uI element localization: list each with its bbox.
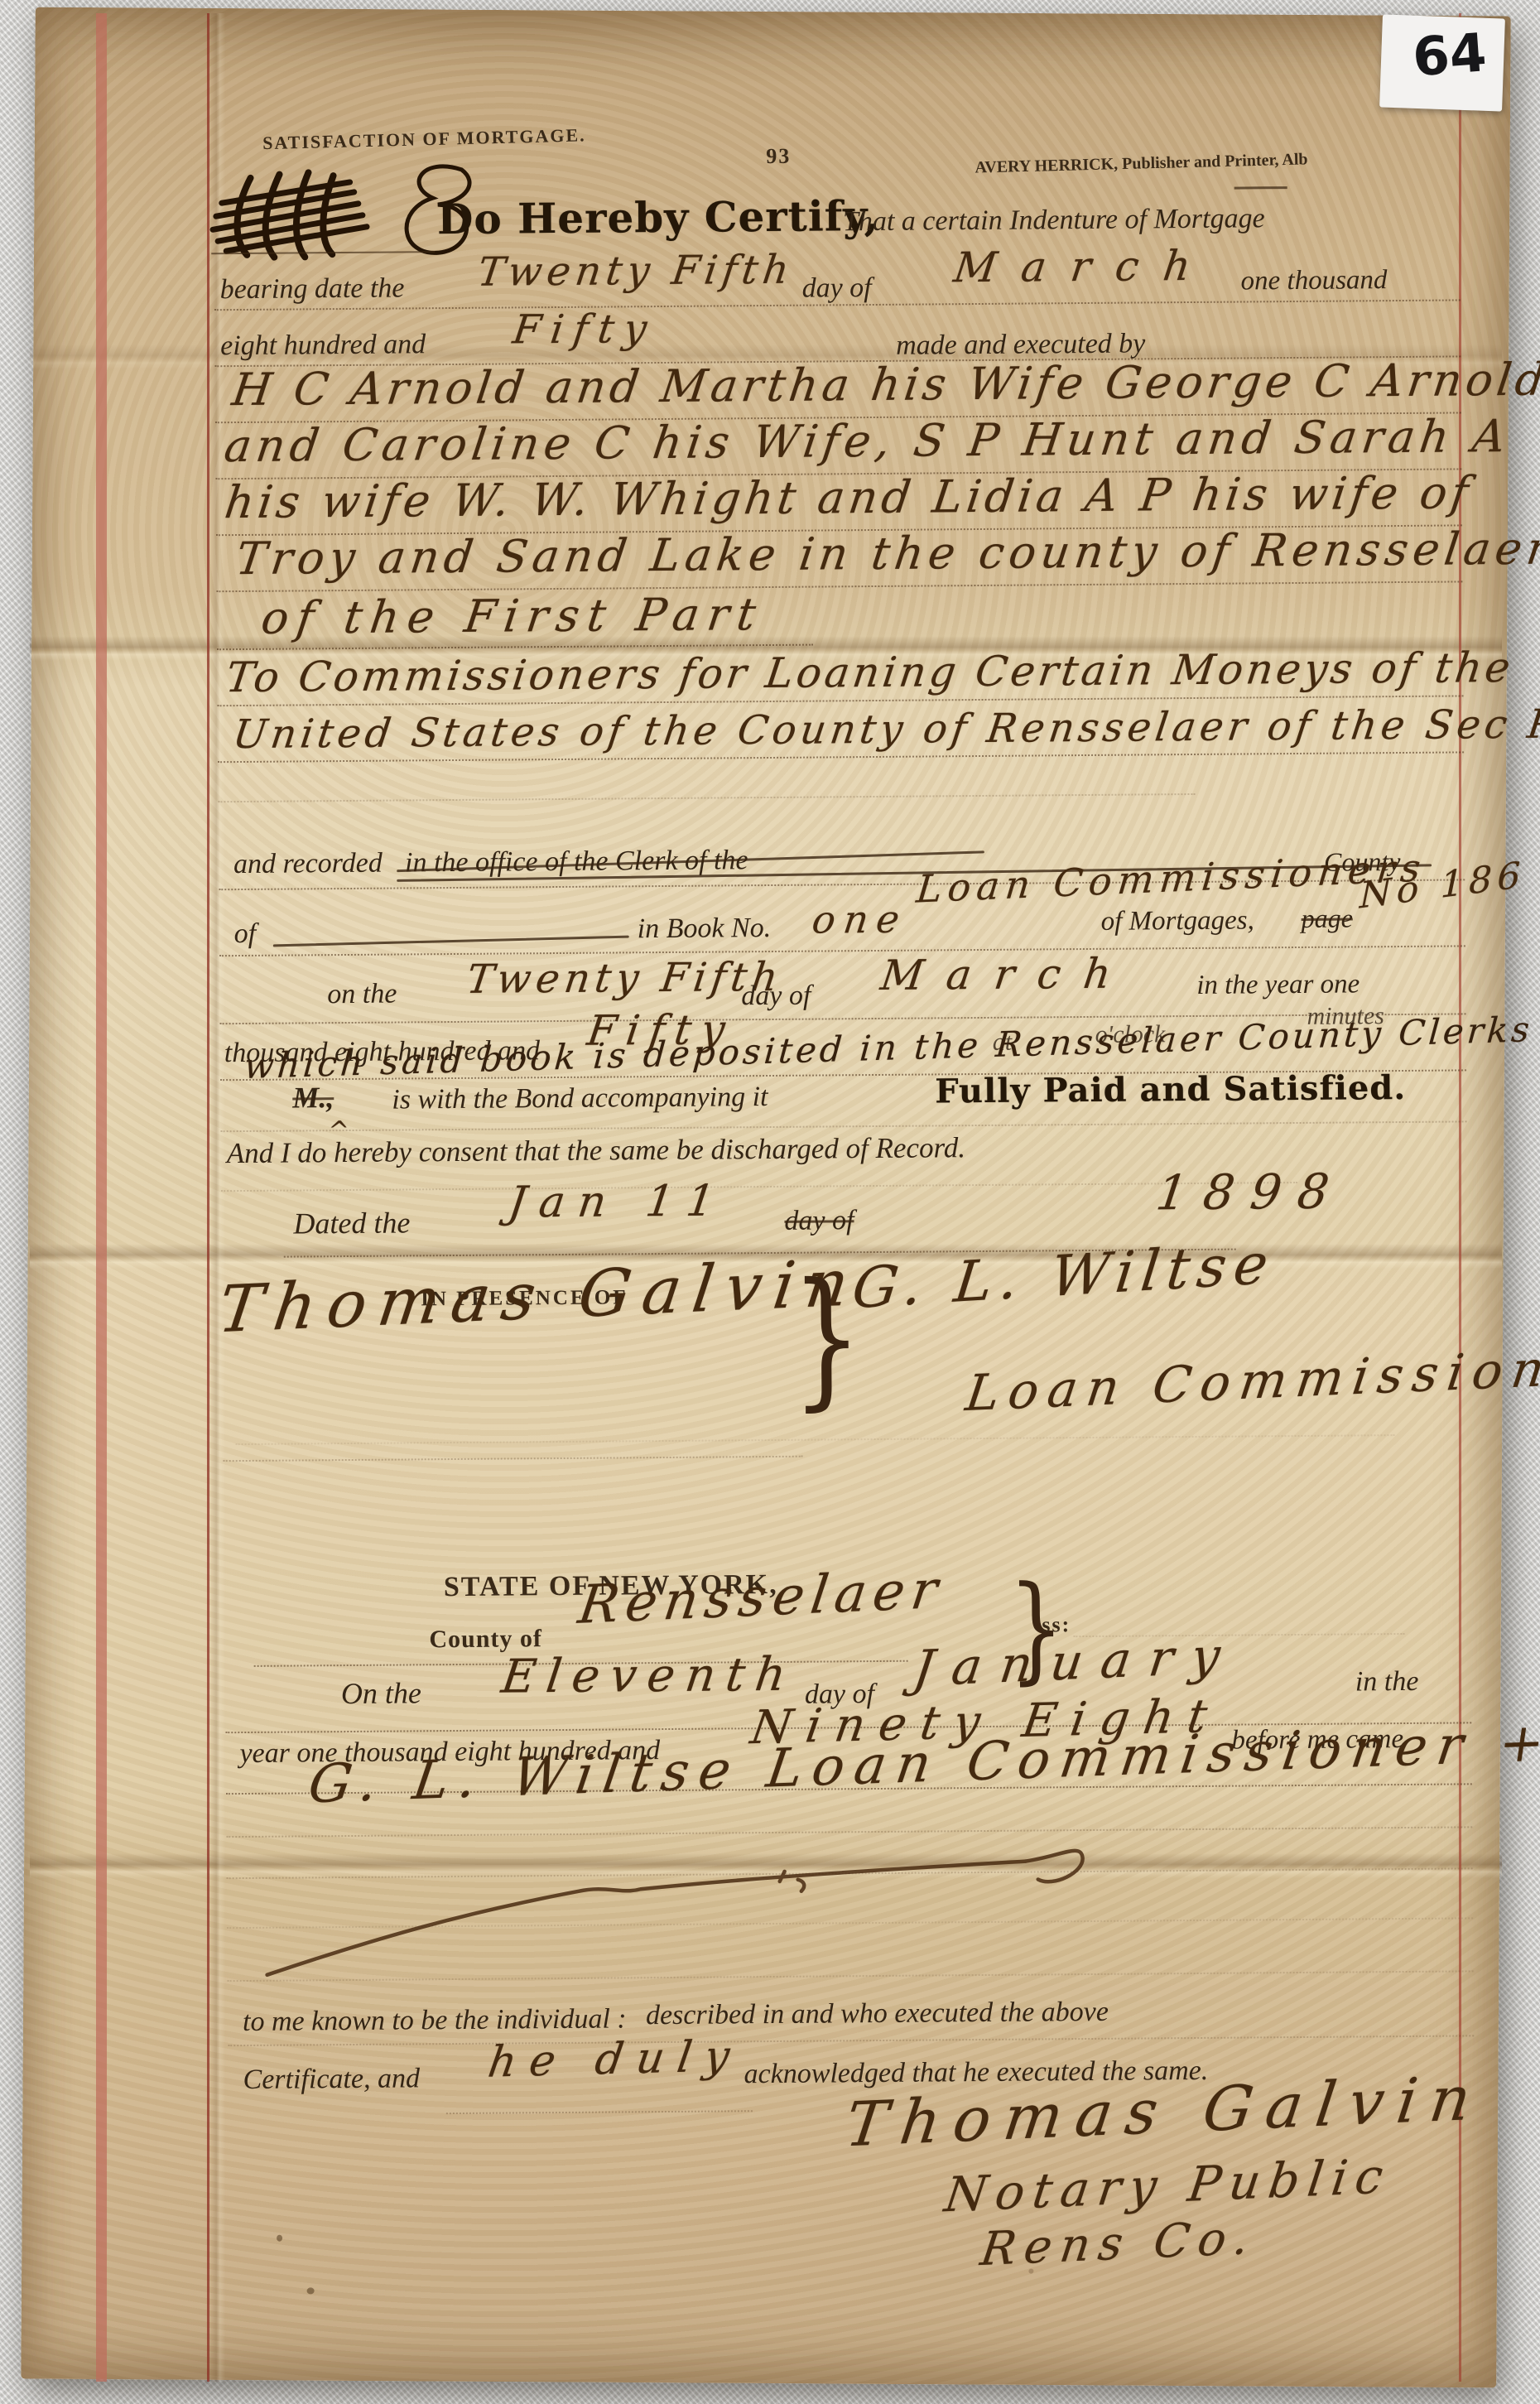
dated-day-of-struck: day of [784, 1205, 854, 1237]
hundred-year-handwritten: Fifty [510, 306, 659, 353]
ruled-line [221, 1182, 1297, 1192]
stray-ink-flourish [251, 1843, 1113, 1982]
page-struck: page [1301, 903, 1352, 933]
publisher-imprint: AVERY HERRICK, Publisher and Printer, Al… [975, 150, 1308, 177]
parties-line-4: Troy and Sand Lake in the county of Rens… [233, 523, 1540, 585]
second-party-line-2: United States of the County of Rensselae… [230, 701, 1540, 758]
ack-in-the: in the [1355, 1666, 1419, 1698]
ruled-line [218, 793, 1195, 802]
ruled-line [221, 1120, 1467, 1132]
parties-line-5: of the First Part [258, 588, 767, 644]
witness-signature: Thomas Galvin [214, 1245, 865, 1347]
page-number: 93 [766, 144, 791, 169]
he-duly-handwritten: he duly [485, 2031, 746, 2088]
ink-spot [307, 2287, 315, 2294]
dated-pre: Dated the [293, 1205, 410, 1241]
bearing-mid: day of [801, 272, 871, 305]
photo-of-document: SATISFACTION OF MORTGAGE. 93 AVERY HERRI… [0, 0, 1540, 2404]
inventory-sticker: 64 [1379, 14, 1505, 111]
pen-line-blank [273, 936, 629, 947]
bearing-pre: bearing date the [219, 272, 404, 306]
dated-year-handwritten: 1898 [1153, 1163, 1349, 1221]
second-party-line-1: To Commissioners for Loaning Certain Mon… [224, 643, 1517, 701]
rec-year-pre: in the year one [1196, 969, 1360, 1001]
meridiem-struck: M., [292, 1080, 334, 1115]
publisher-underline [1234, 186, 1287, 190]
dated-value-handwritten: Jan 11 [506, 1176, 731, 1227]
ruled-line [446, 2110, 753, 2114]
notary-county: Rens Co. [977, 2211, 1260, 2276]
known-line-1: to me known to be the individual : [243, 2003, 627, 2038]
certify-heading-rest: That a certain Indenture of Mortgage [843, 203, 1265, 238]
rec-day-handwritten: Twenty Fifth [464, 954, 785, 1003]
sticker-number: 64 [1411, 22, 1489, 89]
ruled-line [219, 945, 1465, 956]
faint-ruled-line [236, 1434, 1395, 1445]
ink-spot [277, 2235, 282, 2242]
certificate-pre: Certificate, and [243, 2063, 420, 2096]
commissioner-title: Loan Commissioner [962, 1337, 1540, 1423]
book-no-handwritten: one [810, 897, 911, 942]
document-content: SATISFACTION OF MORTGAGE. 93 AVERY HERRI… [0, 0, 1540, 2404]
bearing-month-handwritten: March [951, 242, 1219, 292]
bearing-day-handwritten: Twenty Fifth [475, 247, 796, 296]
notary-title: Notary Public [941, 2147, 1394, 2223]
consent-text: And I do hereby consent that the same be… [227, 1131, 966, 1170]
bearing-post: one thousand [1240, 265, 1387, 296]
rec-day-of: day of [741, 980, 811, 1013]
recorded-pre: and recorded [233, 848, 383, 880]
form-title: SATISFACTION OF MORTGAGE. [262, 124, 586, 154]
ink-spot [1028, 2269, 1033, 2274]
rec-on-the: on the [327, 979, 397, 1011]
paid-satisfied-gothic: Fully Paid and Satisfied. [935, 1068, 1406, 1110]
of-label: of [234, 918, 257, 950]
book-pre: in Book No. [638, 913, 772, 945]
ruled-line [228, 2035, 1474, 2046]
signature-brace: } [791, 1251, 864, 1425]
parties-line-2: and Caroline C his Wife, S P Hunt and Sa… [221, 410, 1514, 472]
ruled-line [226, 1826, 1472, 1838]
recorded-insert-handwritten: Loan Commissioners [915, 845, 1429, 911]
ack-month-handwritten: January [910, 1626, 1242, 1698]
hundred-pre: eight hundred and [220, 329, 426, 362]
commissioner-signature: G. L. Wiltse [849, 1231, 1278, 1322]
ack-on-the: On the [341, 1675, 421, 1711]
ack-day-handwritten: Eleventh [498, 1648, 800, 1704]
known-line-2: described in and who executed the above [646, 1997, 1109, 2031]
bond-text: is with the Bond accompanying it [392, 1082, 768, 1116]
parties-line-3: his wife W. W. Whight and Lidia A P his … [222, 466, 1475, 528]
rec-month-handwritten: March [878, 950, 1137, 1000]
parties-line-1: H C Arnold and Martha his Wife George C … [229, 354, 1540, 417]
book-mid: of Mortgages, [1100, 905, 1254, 937]
ruled-line [224, 1456, 803, 1462]
certify-heading: Do Hereby Certify, [437, 191, 879, 243]
